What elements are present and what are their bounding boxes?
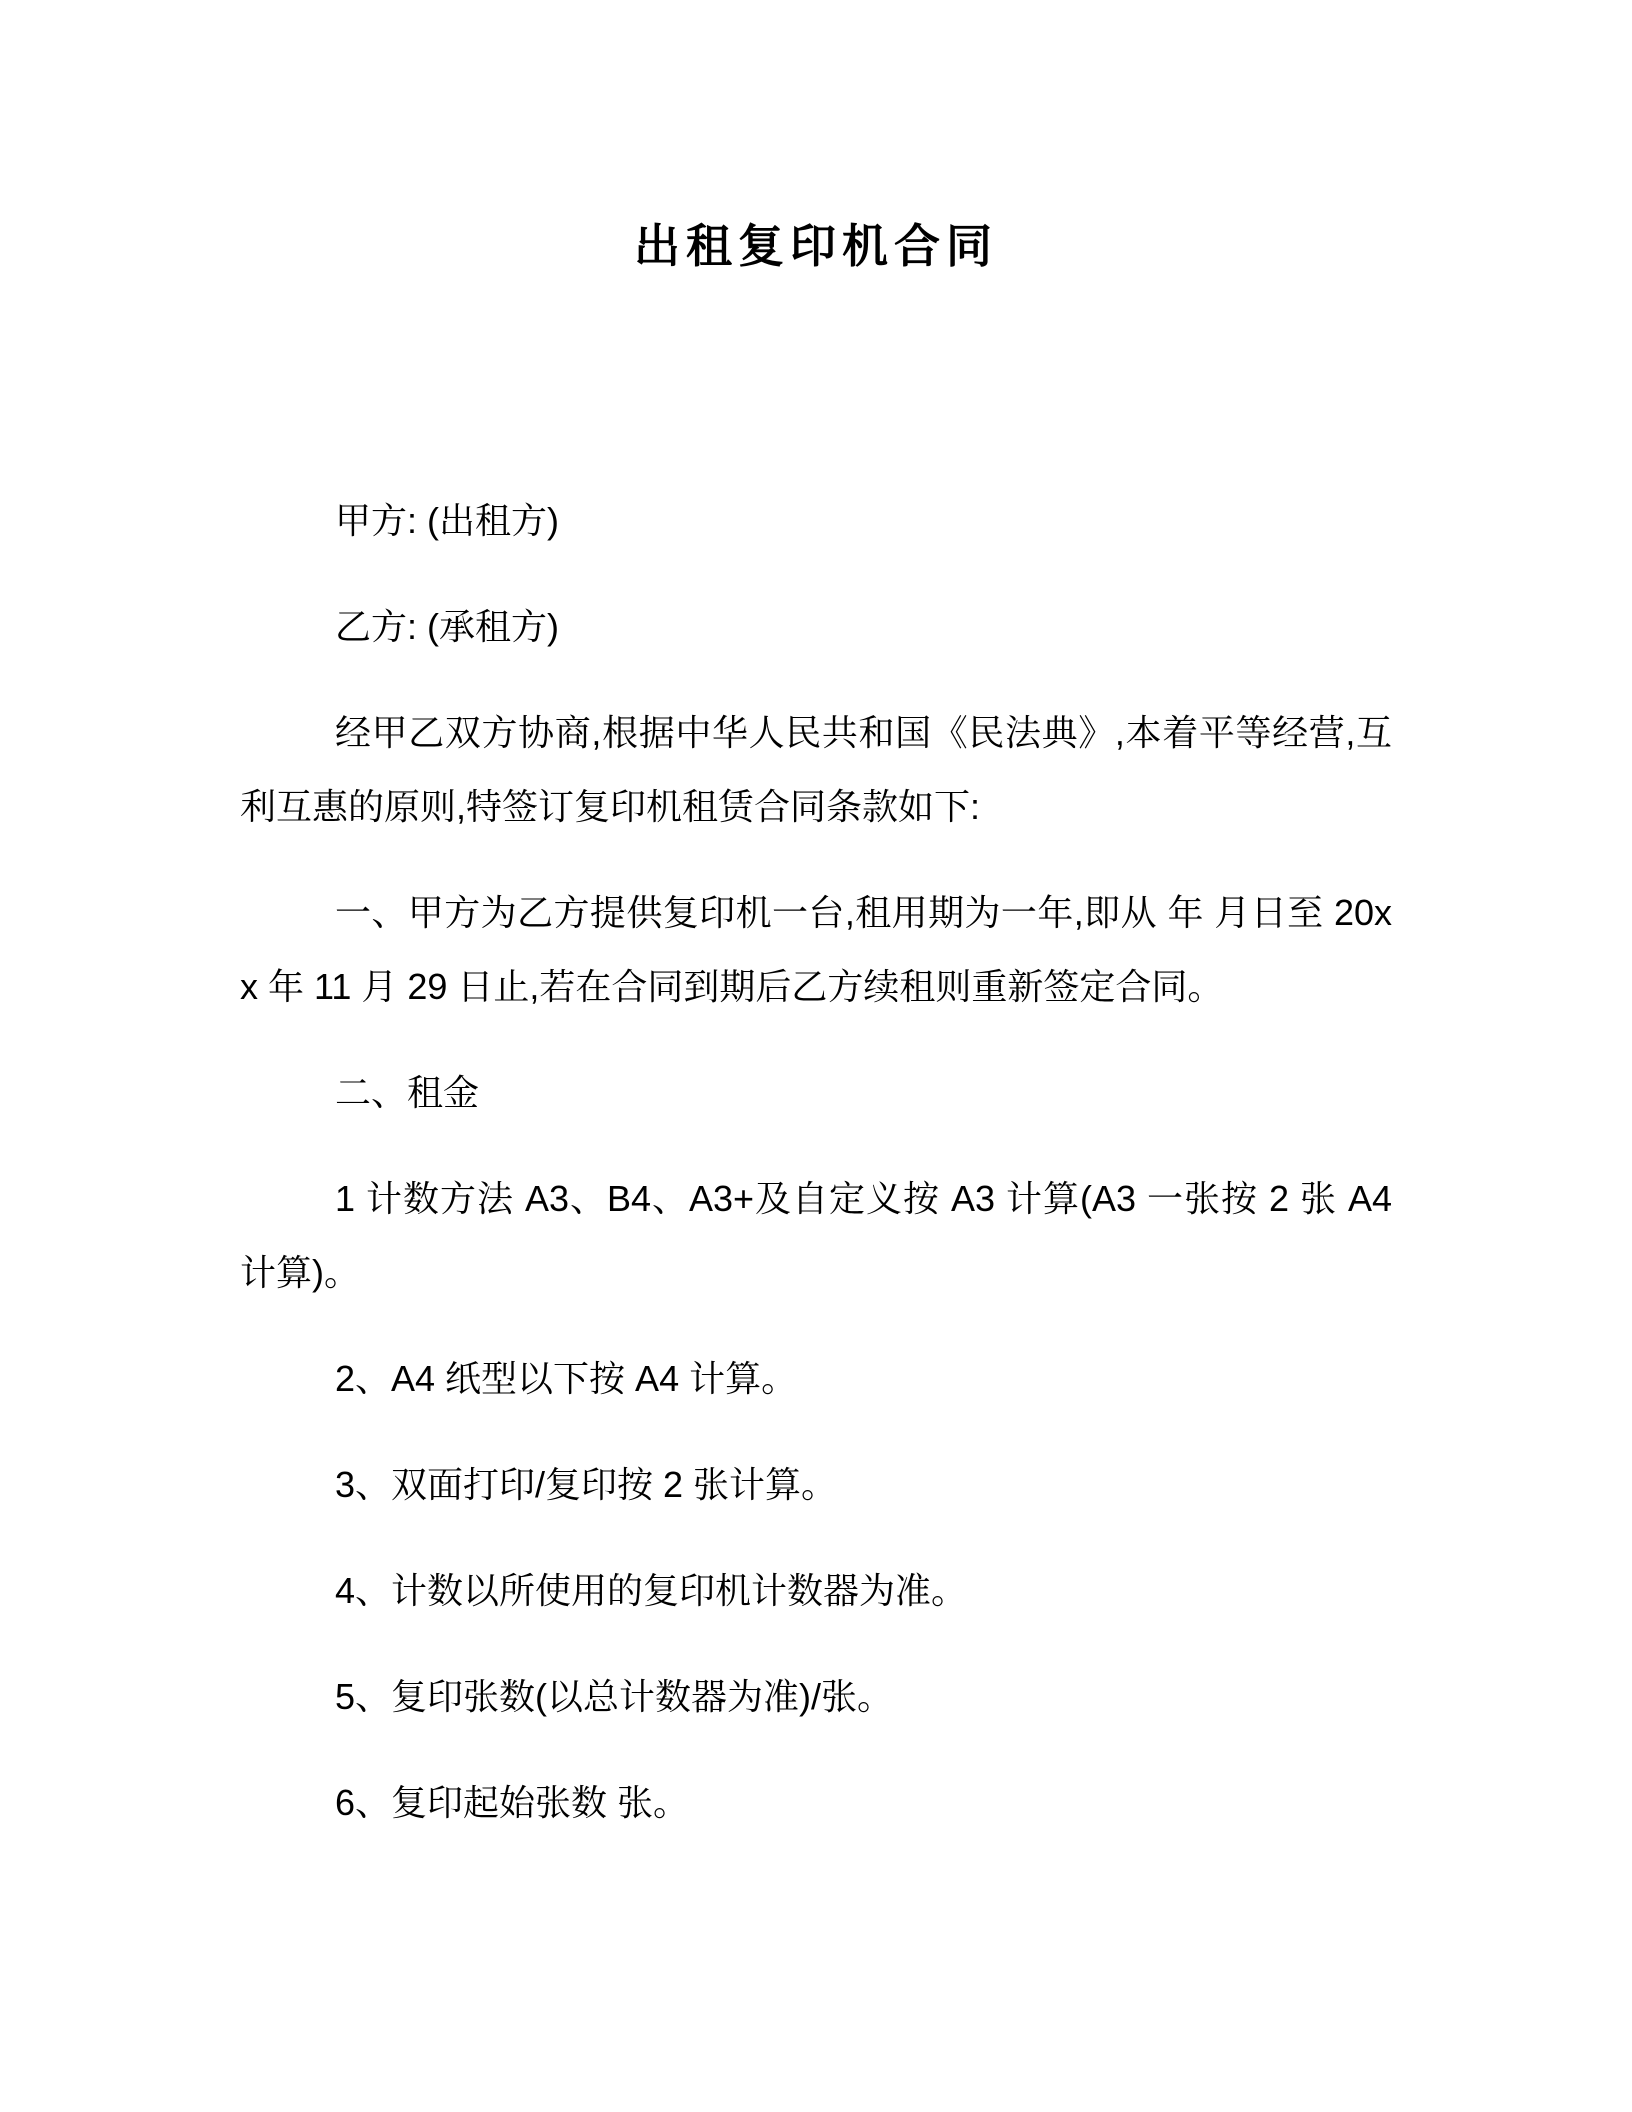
preamble-paragraph: 经甲乙双方协商,根据中华人民共和国《民法典》,本着平等经营,互利互惠的原则,特签… — [240, 696, 1392, 844]
clause-one-paragraph: 一、甲方为乙方提供复印机一台,租用期为一年,即从 年 月日至 20xx 年 11… — [240, 876, 1392, 1024]
contract-page: 出租复印机合同 甲方: (出租方) 乙方: (承租方) 经甲乙双方协商,根据中华… — [0, 0, 1632, 2112]
rent-item-3: 3、双面打印/复印按 2 张计算。 — [240, 1448, 1392, 1522]
party-b-line: 乙方: (承租方) — [240, 590, 1392, 664]
rent-item-5: 5、复印张数(以总计数器为准)/张。 — [240, 1660, 1392, 1734]
document-title: 出租复印机合同 — [240, 218, 1392, 274]
clause-two-heading: 二、租金 — [240, 1056, 1392, 1130]
rent-item-6: 6、复印起始张数 张。 — [240, 1766, 1392, 1840]
rent-item-2: 2、A4 纸型以下按 A4 计算。 — [240, 1342, 1392, 1416]
rent-item-4: 4、计数以所使用的复印机计数器为准。 — [240, 1554, 1392, 1628]
party-a-line: 甲方: (出租方) — [240, 484, 1392, 558]
rent-item-1: 1 计数方法 A3、B4、A3+及自定义按 A3 计算(A3 一张按 2 张 A… — [240, 1162, 1392, 1310]
